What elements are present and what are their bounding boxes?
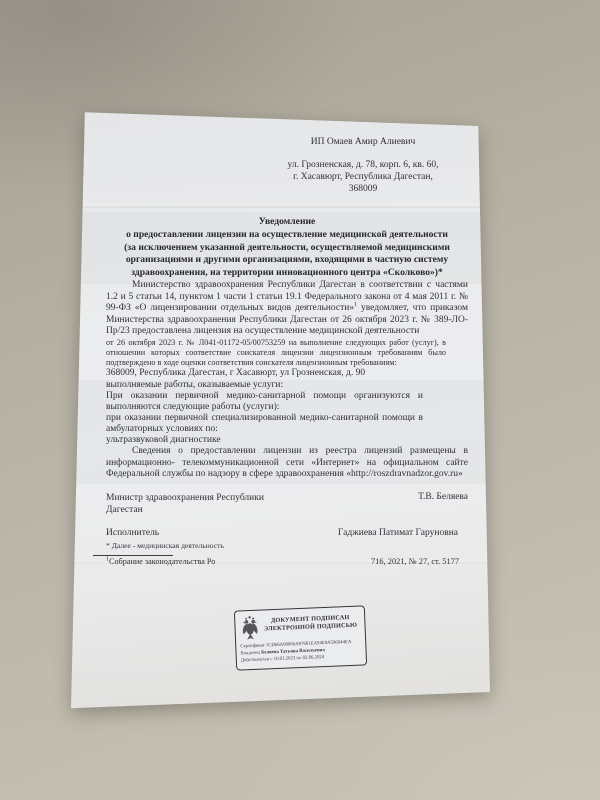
photo-background: ИП Омаев Амир Алиевич ул. Грозненская, д…: [0, 0, 600, 800]
notification-title: Уведомление о предоставлении лицензии на…: [106, 216, 468, 280]
spacer: [264, 148, 462, 159]
addressee-address-line: г. Хасавюрт, Республика Дагестан,: [264, 171, 462, 183]
body-paragraph-ministry: Министерство здравоохранения Республики …: [106, 280, 468, 338]
stamp-owner-label: Владелец: [240, 651, 261, 657]
license-address-line: 368009, Республика Дагестан, г Хасавюрт,…: [106, 368, 468, 380]
registry-info-paragraph: Сведения о предоставлении лицензии из ре…: [106, 446, 468, 481]
minister-signature-row: Министр здравоохранения Республики Дагес…: [106, 492, 468, 516]
minister-title: Министр здравоохранения Республики Дагес…: [106, 492, 286, 516]
addressee-address-line: ул. Грозненская, д. 78, корп. 6, кв. 60,: [264, 159, 462, 171]
footnote-star: * Далее - медицинская деятельность: [106, 540, 468, 552]
footnote-law-left: Собрание законодательства Ро: [109, 557, 215, 566]
minister-signature-name: Т.В. Беляева: [418, 492, 468, 504]
title-line: (за исключением указанной деятельности, …: [106, 242, 468, 255]
title-line: здравоохранения, на территории инновацио…: [106, 267, 468, 280]
footnote-law-right: 716, 2021, № 27, ст. 5177: [371, 556, 459, 568]
footnote-law: 1Собрание законодательства Ро716, 2021, …: [106, 556, 468, 568]
digital-signature-stamp: ДОКУМЕНТ ПОДПИСАН ЭЛЕКТРОННОЙ ПОДПИСЬЮ С…: [234, 605, 367, 670]
works-paragraph: при оказании первичной специализированно…: [106, 413, 423, 435]
coat-of-arms-icon: [239, 615, 261, 643]
works-paragraph: При оказании первичной медико-санитарной…: [106, 391, 423, 413]
title-line: организациями и другими организациями, в…: [106, 254, 468, 267]
title-line: Уведомление: [106, 216, 468, 229]
executor-label: Исполнитель: [106, 528, 159, 540]
works-item-ultrasound: ультразвуковой диагностике: [106, 435, 423, 446]
addressee-block: ИП Омаев Амир Алиевич ул. Грозненская, д…: [264, 136, 462, 195]
works-intro-line: выполняемые работы, оказываемые услуги:: [106, 380, 468, 392]
title-line: о предоставлении лицензии на осуществлен…: [106, 229, 468, 242]
stamp-header-text: ДОКУМЕНТ ПОДПИСАН ЭЛЕКТРОННОЙ ПОДПИСЬЮ: [260, 614, 361, 634]
executor-name: Гаджиева Патимат Гаруновна: [338, 528, 458, 540]
addressee-name: ИП Омаев Амир Алиевич: [264, 136, 462, 148]
license-number-paragraph: от 26 октября 2023 г. № Л041-01172-05/00…: [106, 338, 446, 368]
executor-row: Исполнитель Гаджиева Патимат Гаруновна: [106, 528, 468, 540]
document-paper: ИП Омаев Амир Алиевич ул. Грозненская, д…: [71, 108, 490, 710]
addressee-postcode: 368009: [264, 183, 462, 195]
paper-sheet: ИП Омаев Амир Алиевич ул. Грозненская, д…: [71, 108, 490, 710]
